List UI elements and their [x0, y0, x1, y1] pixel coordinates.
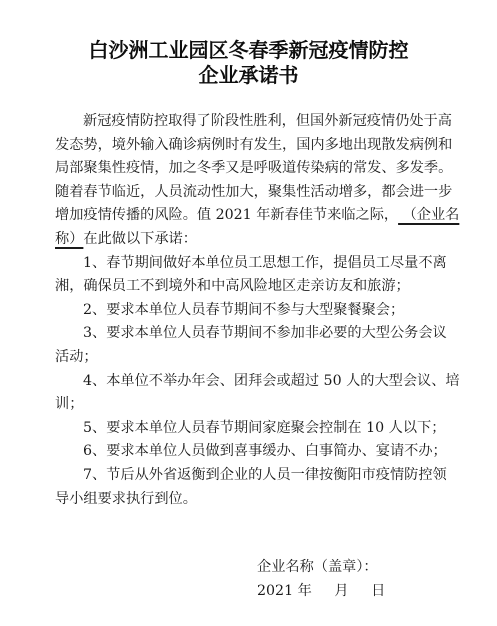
document-subtitle: 企业承诺书	[0, 63, 497, 87]
intro-line-text: 增加疫情传播的风险。值 2021 年新春佳节来临之际，	[55, 207, 398, 223]
date-line: 2021 年 月 日	[257, 580, 385, 602]
commitment-7-line: 7、节后从外省返衡到企业的人员一律按衡阳市疫情防控领	[55, 464, 445, 488]
commitment-1-line: 湘，确保员工不到境外和中高风险地区走亲访友和旅游；	[55, 275, 445, 299]
commitment-3-line: 3、要求本单位人员春节期间不参加非必要的大型公务会议	[55, 322, 445, 346]
commitment-4-line: 4、本单位不举办年会、团拜会或超过 50 人的大型会议、培	[55, 370, 445, 394]
commitment-2-line: 2、要求本单位人员春节期间不参与大型聚餐聚会；	[55, 299, 445, 323]
intro-line: 发态势，境外输入确诊病例时有发生，国内多地出现散发病例和	[55, 134, 445, 158]
intro-line-with-placeholder: 增加疫情传播的风险。值 2021 年新春佳节来临之际， （企业名	[55, 204, 445, 228]
commitment-5-line: 5、要求本单位人员春节期间家庭聚会控制在 10 人以下；	[55, 417, 445, 441]
intro-tail-line: 称）在此做以下承诺：	[55, 228, 445, 252]
document-page: 白沙洲工业园区冬春季新冠疫情防控 企业承诺书 新冠疫情防控取得了阶段性胜利，但国…	[0, 0, 497, 626]
intro-tail-text: 在此做以下承诺：	[83, 231, 197, 247]
company-name-placeholder-end: 称）	[55, 231, 83, 247]
intro-line: 局部聚集性疫情，加之冬季又是呼吸道传染病的常发、多发季。	[55, 157, 445, 181]
commitment-1-line: 1、春节期间做好本单位员工思想工作，提倡员工尽量不离	[55, 252, 445, 276]
commitment-4-line: 训；	[55, 393, 445, 417]
commitment-7-line: 导小组要求执行到位。	[55, 488, 445, 512]
document-title: 白沙洲工业园区冬春季新冠疫情防控	[0, 38, 497, 62]
commitment-6-line: 6、要求本单位人员做到喜事缓办、白事简办、宴请不办；	[55, 440, 445, 464]
intro-line: 随着春节临近，人员流动性加大，聚集性活动增多，都会进一步	[55, 181, 445, 205]
commitment-3-line: 活动；	[55, 346, 445, 370]
company-name-placeholder: （企业名	[398, 207, 459, 223]
signature-label: 企业名称（盖章）：	[257, 556, 378, 578]
document-body: 新冠疫情防控取得了阶段性胜利，但国外新冠疫情仍处于高 发态势，境外输入确诊病例时…	[55, 110, 445, 511]
intro-line: 新冠疫情防控取得了阶段性胜利，但国外新冠疫情仍处于高	[55, 110, 445, 134]
